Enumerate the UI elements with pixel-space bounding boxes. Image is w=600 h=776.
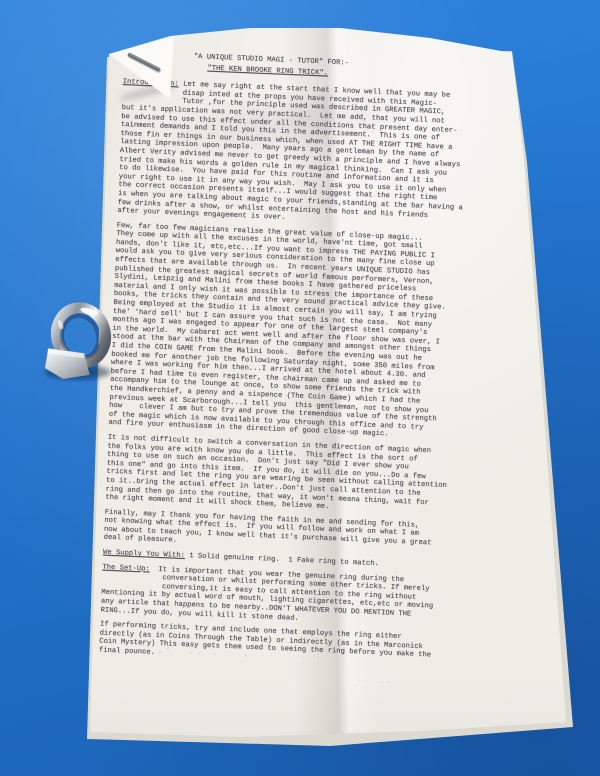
document-paragraph: It is not difficult to switch a conversa… <box>105 434 506 519</box>
paragraph-text: It is important that you wear the genuin… <box>100 565 433 622</box>
document-paragraph: Introduction: Let me say right at the st… <box>117 78 520 232</box>
photo-backdrop: "A UNIQUE STUDIO MAGI - TUTOR" FOR:- "TH… <box>0 0 600 776</box>
pencil-smudge: . . <box>300 652 323 661</box>
paragraph-text: 1 Solid genuine ring. 1 Fake ring to mat… <box>185 552 379 568</box>
pencil-smudge: .. .. <box>356 675 395 685</box>
document-paragraph: The Set-Up: It is important that you wea… <box>100 563 500 631</box>
paragraph-text: Finally, may I thank you for having the … <box>103 508 431 547</box>
document-paragraph: Few, far too few magicians realise the g… <box>108 222 514 445</box>
document-sections: Introduction: Let me say right at the st… <box>99 78 521 672</box>
paragraph-heading: We Supply You With: <box>103 549 185 560</box>
silver-ring <box>40 296 122 382</box>
document-body: "A UNIQUE STUDIO MAGI - TUTOR" FOR:- "TH… <box>98 50 521 678</box>
paragraph-text: Let me say right at the start that I kno… <box>117 81 463 222</box>
paragraph-text: Few, far too few magicians realise the g… <box>108 222 446 439</box>
paragraph-text: It is not difficult to switch a conversa… <box>105 434 447 511</box>
